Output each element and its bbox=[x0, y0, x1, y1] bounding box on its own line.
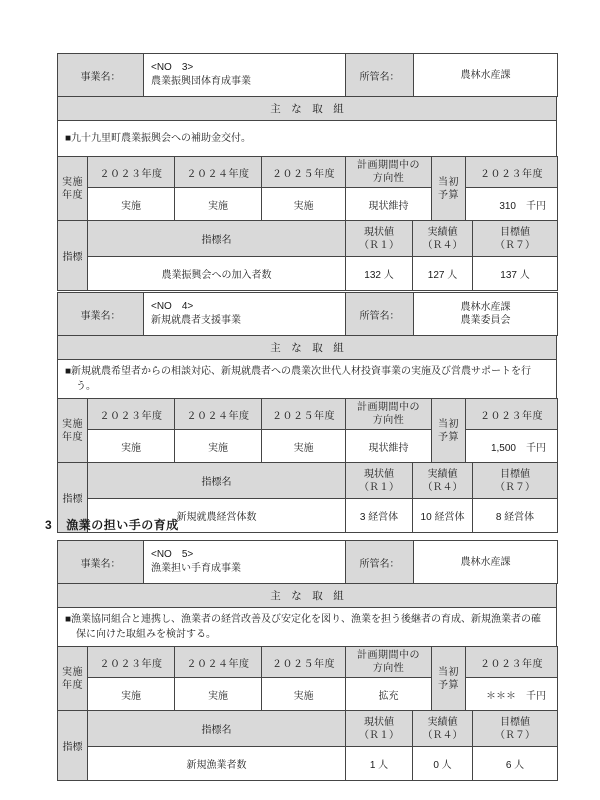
year-2024-header: ２０２４年度 bbox=[175, 647, 262, 678]
year-2023-header: ２０２３年度 bbox=[88, 399, 175, 430]
direction-value: 拡充 bbox=[346, 678, 432, 711]
activities-label: 主 な 取 組 bbox=[58, 97, 557, 121]
year-2024-header: ２０２４年度 bbox=[175, 399, 262, 430]
indicator-table: 指標 指標名 現状値 （Ｒ１） 実績値 （Ｒ４） 目標値 （Ｒ７） 農業振興会へ… bbox=[57, 220, 558, 291]
department-label: 所管名： bbox=[346, 54, 414, 97]
actual-value: 127 人 bbox=[413, 257, 473, 291]
project-title: 漁業担い手育成事業 bbox=[151, 562, 338, 577]
initial-budget-label: 当初 予算 bbox=[432, 399, 466, 463]
indicator-name-header: 指標名 bbox=[88, 221, 346, 257]
indicator-name-header: 指標名 bbox=[88, 711, 346, 747]
impl-years-label: 実施 年度 bbox=[58, 399, 88, 463]
activities-text-row: ■新規就農希望者からの相談対応、新規就農者への農業次世代人材投資事業の実施及び営… bbox=[57, 359, 557, 399]
initial-budget-label: 当初 予算 bbox=[432, 157, 466, 221]
actual-value-header: 実績値 （Ｒ４） bbox=[413, 221, 473, 257]
project-name-value: <NO 3> 農業振興団体育成事業 bbox=[144, 54, 346, 97]
activities-text-row: ■九十九里町農業振興会への補助金交付。 bbox=[57, 120, 557, 157]
impl-2023: 実施 bbox=[88, 430, 175, 463]
section-heading: 3漁業の担い手の育成 bbox=[45, 516, 179, 533]
year-2023-header: ２０２３年度 bbox=[88, 157, 175, 188]
indicator-label: 指標 bbox=[58, 711, 88, 781]
project-name-value: <NO 5> 漁業担い手育成事業 bbox=[144, 541, 346, 584]
impl-2025: 実施 bbox=[262, 188, 346, 221]
activities-text: ■新規就農希望者からの相談対応、新規就農者への農業次世代人材投資事業の実施及び営… bbox=[60, 362, 554, 397]
project-header-table: 事業名： <NO 3> 農業振興団体育成事業 所管名： 農林水産課 bbox=[57, 53, 558, 97]
project-name-label: 事業名： bbox=[58, 293, 144, 336]
project-title: 新規就農者支援事業 bbox=[151, 314, 338, 329]
direction-value: 現状維持 bbox=[346, 430, 432, 463]
department-label: 所管名： bbox=[346, 293, 414, 336]
project-no: <NO 4> bbox=[151, 300, 338, 315]
indicator-name-header: 指標名 bbox=[88, 463, 346, 499]
current-value-header: 現状値 （Ｒ１） bbox=[346, 221, 413, 257]
actual-value: 0 人 bbox=[413, 747, 473, 781]
project-header-table: 事業名： <NO 4> 新規就農者支援事業 所管名： 農林水産課 農業委員会 bbox=[57, 292, 558, 336]
activities-label-row: 主 な 取 組 bbox=[57, 96, 557, 121]
initial-budget-label: 当初 予算 bbox=[432, 647, 466, 711]
current-value: 132 人 bbox=[346, 257, 413, 291]
current-value: 1 人 bbox=[346, 747, 413, 781]
current-value-header: 現状値 （Ｒ１） bbox=[346, 711, 413, 747]
budget-year-header: ２０２３年度 bbox=[466, 399, 558, 430]
direction-header: 計画期間中の 方向性 bbox=[346, 157, 432, 188]
budget-year-header: ２０２３年度 bbox=[466, 647, 558, 678]
indicator-name-value: 農業振興会への加入者数 bbox=[88, 257, 346, 291]
impl-2024: 実施 bbox=[175, 430, 262, 463]
activities-label-row: 主 な 取 組 bbox=[57, 583, 557, 608]
section-number: 3 bbox=[45, 518, 52, 532]
activities-label: 主 な 取 組 bbox=[58, 584, 557, 608]
actual-value-header: 実績値 （Ｒ４） bbox=[413, 711, 473, 747]
budget-value: 310 千円 bbox=[466, 188, 558, 221]
indicator-table: 指標 指標名 現状値 （Ｒ１） 実績値 （Ｒ４） 目標値 （Ｒ７） 新規漁業者数… bbox=[57, 710, 558, 781]
impl-years-label: 実施 年度 bbox=[58, 647, 88, 711]
target-value: 6 人 bbox=[473, 747, 558, 781]
impl-2025: 実施 bbox=[262, 678, 346, 711]
actual-value-header: 実績値 （Ｒ４） bbox=[413, 463, 473, 499]
budget-value: 1,500 千円 bbox=[466, 430, 558, 463]
project-block-no5: 事業名： <NO 5> 漁業担い手育成事業 所管名： 農林水産課 主 な 取 組… bbox=[57, 540, 557, 781]
impl-2024: 実施 bbox=[175, 188, 262, 221]
year-2023-header: ２０２３年度 bbox=[88, 647, 175, 678]
project-block-no4: 事業名： <NO 4> 新規就農者支援事業 所管名： 農林水産課 農業委員会 主… bbox=[57, 292, 557, 533]
direction-header: 計画期間中の 方向性 bbox=[346, 399, 432, 430]
department-value: 農林水産課 bbox=[414, 541, 558, 584]
document-page: 事業名： <NO 3> 農業振興団体育成事業 所管名： 農林水産課 主 な 取 … bbox=[0, 0, 600, 800]
activities-text-row: ■漁業協同組合と連携し、漁業者の経営改善及び安定化を図り、漁業を担う後継者の育成… bbox=[57, 607, 557, 647]
department-value: 農林水産課 農業委員会 bbox=[414, 293, 558, 336]
activities-label-row: 主 な 取 組 bbox=[57, 335, 557, 360]
direction-value: 現状維持 bbox=[346, 188, 432, 221]
direction-header: 計画期間中の 方向性 bbox=[346, 647, 432, 678]
target-value-header: 目標値 （Ｒ７） bbox=[473, 221, 558, 257]
target-value-header: 目標値 （Ｒ７） bbox=[473, 463, 558, 499]
project-no: <NO 5> bbox=[151, 548, 338, 563]
indicator-name-value: 新規漁業者数 bbox=[88, 747, 346, 781]
target-value: 137 人 bbox=[473, 257, 558, 291]
year-2025-header: ２０２５年度 bbox=[262, 399, 346, 430]
project-name-value: <NO 4> 新規就農者支援事業 bbox=[144, 293, 346, 336]
project-no: <NO 3> bbox=[151, 61, 338, 76]
project-title: 農業振興団体育成事業 bbox=[151, 75, 338, 90]
activities-label: 主 な 取 組 bbox=[58, 336, 557, 360]
implementation-years-table: 実施 年度 ２０２３年度 ２０２４年度 ２０２５年度 計画期間中の 方向性 当初… bbox=[57, 398, 558, 463]
implementation-years-table: 実施 年度 ２０２３年度 ２０２４年度 ２０２５年度 計画期間中の 方向性 当初… bbox=[57, 156, 558, 221]
target-value: 8 経営体 bbox=[473, 499, 558, 533]
impl-2023: 実施 bbox=[88, 678, 175, 711]
department-value: 農林水産課 bbox=[414, 54, 558, 97]
year-2024-header: ２０２４年度 bbox=[175, 157, 262, 188]
project-header-table: 事業名： <NO 5> 漁業担い手育成事業 所管名： 農林水産課 bbox=[57, 540, 558, 584]
activities-text: ■九十九里町農業振興会への補助金交付。 bbox=[60, 129, 554, 149]
current-value: 3 経営体 bbox=[346, 499, 413, 533]
project-block-no3: 事業名： <NO 3> 農業振興団体育成事業 所管名： 農林水産課 主 な 取 … bbox=[57, 53, 557, 291]
indicator-label: 指標 bbox=[58, 221, 88, 291]
target-value-header: 目標値 （Ｒ７） bbox=[473, 711, 558, 747]
actual-value: 10 経営体 bbox=[413, 499, 473, 533]
department-label: 所管名： bbox=[346, 541, 414, 584]
current-value-header: 現状値 （Ｒ１） bbox=[346, 463, 413, 499]
year-2025-header: ２０２５年度 bbox=[262, 647, 346, 678]
year-2025-header: ２０２５年度 bbox=[262, 157, 346, 188]
impl-2025: 実施 bbox=[262, 430, 346, 463]
impl-years-label: 実施 年度 bbox=[58, 157, 88, 221]
section-title: 漁業の担い手の育成 bbox=[66, 518, 179, 532]
project-name-label: 事業名： bbox=[58, 541, 144, 584]
project-name-label: 事業名： bbox=[58, 54, 144, 97]
impl-2023: 実施 bbox=[88, 188, 175, 221]
impl-2024: 実施 bbox=[175, 678, 262, 711]
activities-text: ■漁業協同組合と連携し、漁業者の経営改善及び安定化を図り、漁業を担う後継者の育成… bbox=[60, 610, 554, 645]
budget-year-header: ２０２３年度 bbox=[466, 157, 558, 188]
budget-value: ＊＊＊ 千円 bbox=[466, 678, 558, 711]
implementation-years-table: 実施 年度 ２０２３年度 ２０２４年度 ２０２５年度 計画期間中の 方向性 当初… bbox=[57, 646, 558, 711]
